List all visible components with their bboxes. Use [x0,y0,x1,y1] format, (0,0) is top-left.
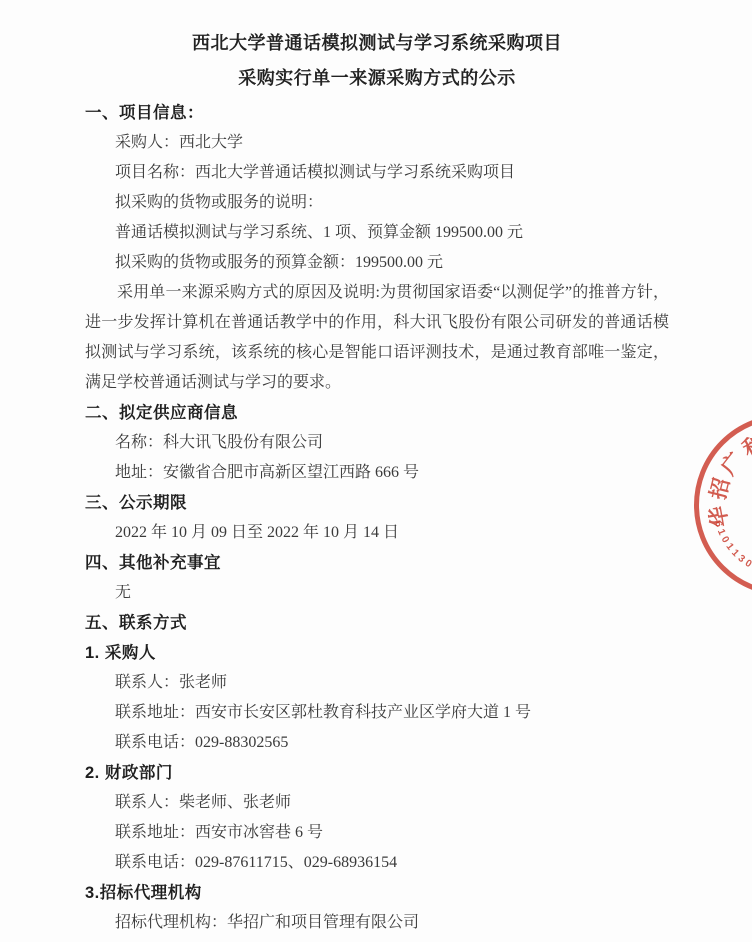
section3-heading: 三、公示期限 [85,488,669,518]
seal-ring [694,414,752,596]
section4-heading: 四、其他补充事宜 [85,548,669,578]
buyer-phone-line: 联系电话：029-88302565 [85,728,669,758]
seal-char: 华 [705,501,735,531]
budget-line: 拟采购的货物或服务的预算金额：199500.00 元 [85,248,669,278]
finance-phone-line: 联系电话：029-87611715、029-68936154 [85,848,669,878]
seal-serial-digit: 6 [711,518,725,531]
seal-char: 广 [715,446,751,482]
other-matters-line: 无 [85,578,669,608]
seal-serial-digit: 0 [740,557,752,572]
seal-char: 招 [705,473,737,505]
seal-char: 和 [736,429,752,464]
buyer-contact-line: 联系人：张老师 [85,668,669,698]
seal-serial-digit: 0 [717,533,732,548]
section5-heading: 五、联系方式 [85,608,669,638]
document-page: 西北大学普通话模拟测试与学习系统采购项目 采购实行单一来源采购方式的公示 一、项… [0,0,752,942]
finance-contact-line: 联系人：柴老师、张老师 [85,788,669,818]
buyer-address-line: 联系地址：西安市长安区郭杜教育科技产业区学府大道 1 号 [85,698,669,728]
seal-serial-digit: 1 [727,546,743,562]
seal-serial-digit: 1 [713,525,728,539]
seal-serial-digit: 3 [733,552,748,568]
goods-desc-line: 普通话模拟测试与学习系统、1 项、预算金额 199500.00 元 [85,218,669,248]
doc-title-line1: 西北大学普通话模拟测试与学习系统采购项目 [85,31,669,55]
contact-buyer-heading: 1. 采购人 [85,638,669,668]
agency-name-line: 招标代理机构：华招广和项目管理有限公司 [85,908,669,938]
supplier-address-line: 地址：安徽省合肥市高新区望江西路 666 号 [85,458,669,488]
goods-desc-label-line: 拟采购的货物或服务的说明： [85,188,669,218]
doc-title-line2: 采购实行单一来源采购方式的公示 [85,66,669,90]
project-name-line: 项目名称：西北大学普通话模拟测试与学习系统采购项目 [85,158,669,188]
publicity-period-line: 2022 年 10 月 09 日至 2022 年 10 月 14 日 [85,518,669,548]
contact-agency-heading: 3.招标代理机构 [85,878,669,908]
single-source-reason-paragraph: 采用单一来源采购方式的原因及说明:为贯彻国家语委“以测促学”的推普方针，进一步发… [85,278,669,398]
seal-serial-digit: 1 [721,540,737,555]
notice-body: 西北大学普通话模拟测试与学习系统采购项目 采购实行单一来源采购方式的公示 一、项… [85,0,669,938]
contact-finance-heading: 2. 财政部门 [85,758,669,788]
finance-address-line: 联系地址：西安市冰窖巷 6 号 [85,818,669,848]
section2-heading: 二、拟定供应商信息 [85,398,669,428]
supplier-name-line: 名称：科大讯飞股份有限公司 [85,428,669,458]
section1-heading: 一、项目信息： [85,98,669,128]
buyer-line: 采购人：西北大学 [85,128,669,158]
agency-seal: ★ 华 招 广 和 6 1 0 1 1 3 0 [694,414,752,596]
